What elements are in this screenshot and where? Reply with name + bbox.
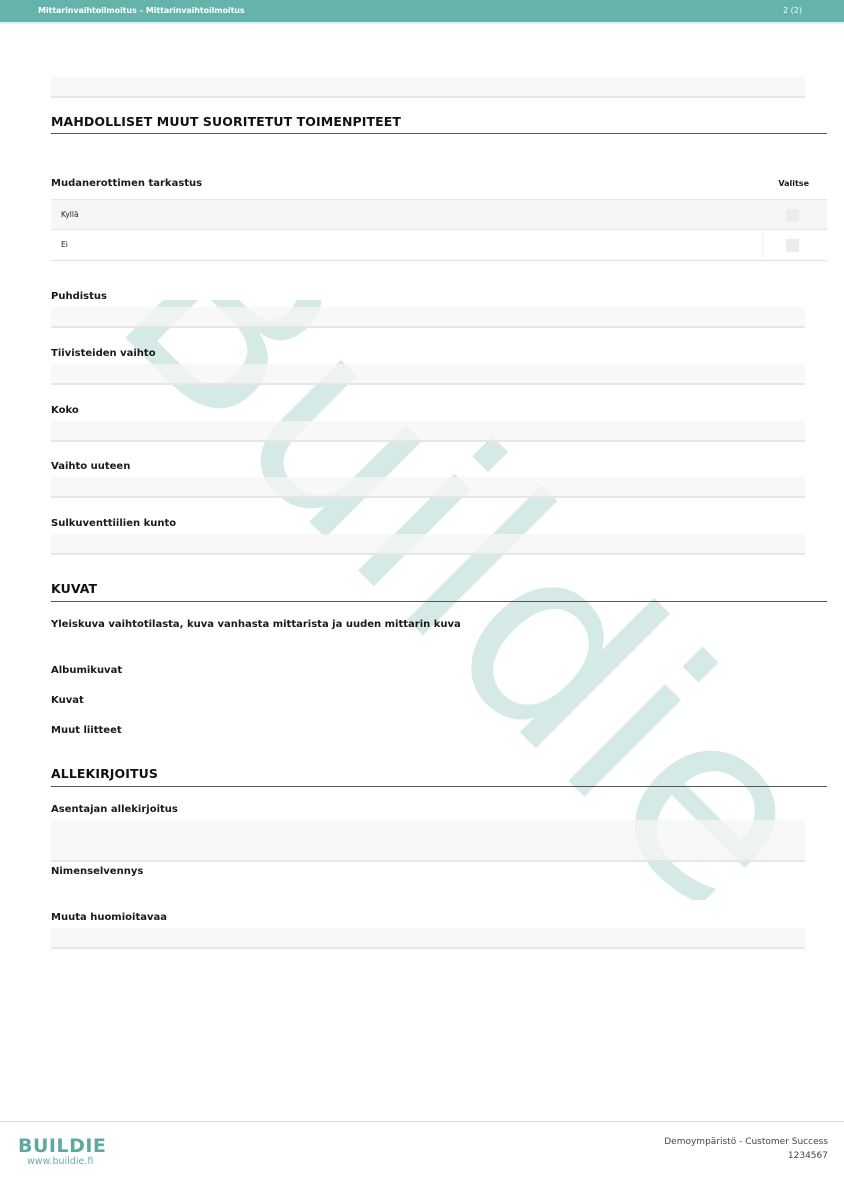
field-koko[interactable] xyxy=(51,421,805,442)
field-label-sulkuventtiilien-kunto: Sulkuventtiilien kunto xyxy=(51,518,176,529)
option-row-ei: Ei xyxy=(51,229,827,260)
section-title-photos: KUVAT xyxy=(51,581,97,596)
document-title: Mittarinvaihtoilmoitus – Mittarinvaihtoi… xyxy=(38,6,245,15)
mud-separator-question: Mudanerottimen tarkastus xyxy=(51,178,202,189)
watermark: Buildie xyxy=(80,300,780,900)
photos-description: Yleiskuva vaihtotilasta, kuva vanhasta m… xyxy=(51,619,461,630)
notes-label: Muuta huomioitavaa xyxy=(51,912,167,923)
document-header-bar: Mittarinvaihtoilmoitus – Mittarinvaihtoi… xyxy=(0,0,844,24)
field-label-vaihto-uuteen: Vaihto uuteen xyxy=(51,461,130,472)
field-label-koko: Koko xyxy=(51,405,79,416)
buildie-url[interactable]: www.buildie.fi xyxy=(27,1156,93,1167)
installer-signature-field[interactable] xyxy=(51,820,805,862)
section-rule xyxy=(51,601,827,602)
name-clarification-label: Nimenselvennys xyxy=(51,866,143,877)
select-column-header: Valitse xyxy=(778,179,809,188)
section-rule xyxy=(51,786,827,787)
photos-item-muut-liitteet: Muut liitteet xyxy=(51,725,122,736)
section-title-other-actions: MAHDOLLISET MUUT SUORITETUT TOIMENPITEET xyxy=(51,114,401,129)
buildie-logo: BUILDIE xyxy=(18,1135,106,1157)
table-bottom-border xyxy=(51,260,827,261)
option-checkbox-ei[interactable] xyxy=(786,239,799,252)
photos-item-kuvat: Kuvat xyxy=(51,695,84,706)
svg-text:Buildie: Buildie xyxy=(80,300,780,900)
column-divider xyxy=(762,200,763,230)
footer-organization: Demoympäristö - Customer Success xyxy=(664,1135,828,1149)
option-checkbox-kylla[interactable] xyxy=(786,209,799,222)
notes-field[interactable] xyxy=(51,928,805,949)
field-vaihto-uuteen[interactable] xyxy=(51,477,805,498)
footer-divider xyxy=(0,1121,844,1122)
field-tiivisteiden-vaihto[interactable] xyxy=(51,364,805,385)
field-sulkuventtiilien-kunto[interactable] xyxy=(51,534,805,555)
field-label-puhdistus: Puhdistus xyxy=(51,291,107,302)
option-label: Kyllä xyxy=(61,210,79,219)
photos-item-albumikuvat: Albumikuvat xyxy=(51,665,122,676)
option-label: Ei xyxy=(61,240,68,249)
installer-signature-label: Asentajan allekirjoitus xyxy=(51,804,178,815)
field-label-tiivisteiden-vaihto: Tiivisteiden vaihto xyxy=(51,348,156,359)
footer-organization-info: Demoympäristö - Customer Success 1234567 xyxy=(664,1135,828,1163)
column-divider xyxy=(762,230,763,260)
field-puhdistus[interactable] xyxy=(51,307,805,328)
mud-separator-table-header: Mudanerottimen tarkastus Valitse xyxy=(51,176,827,198)
footer-code: 1234567 xyxy=(664,1149,828,1163)
section-rule xyxy=(51,133,827,134)
page-indicator: 2 (2) xyxy=(783,6,802,15)
section-title-signature: ALLEKIRJOITUS xyxy=(51,766,158,781)
previous-field-box xyxy=(51,77,805,98)
option-row-kylla: Kyllä xyxy=(51,199,827,230)
